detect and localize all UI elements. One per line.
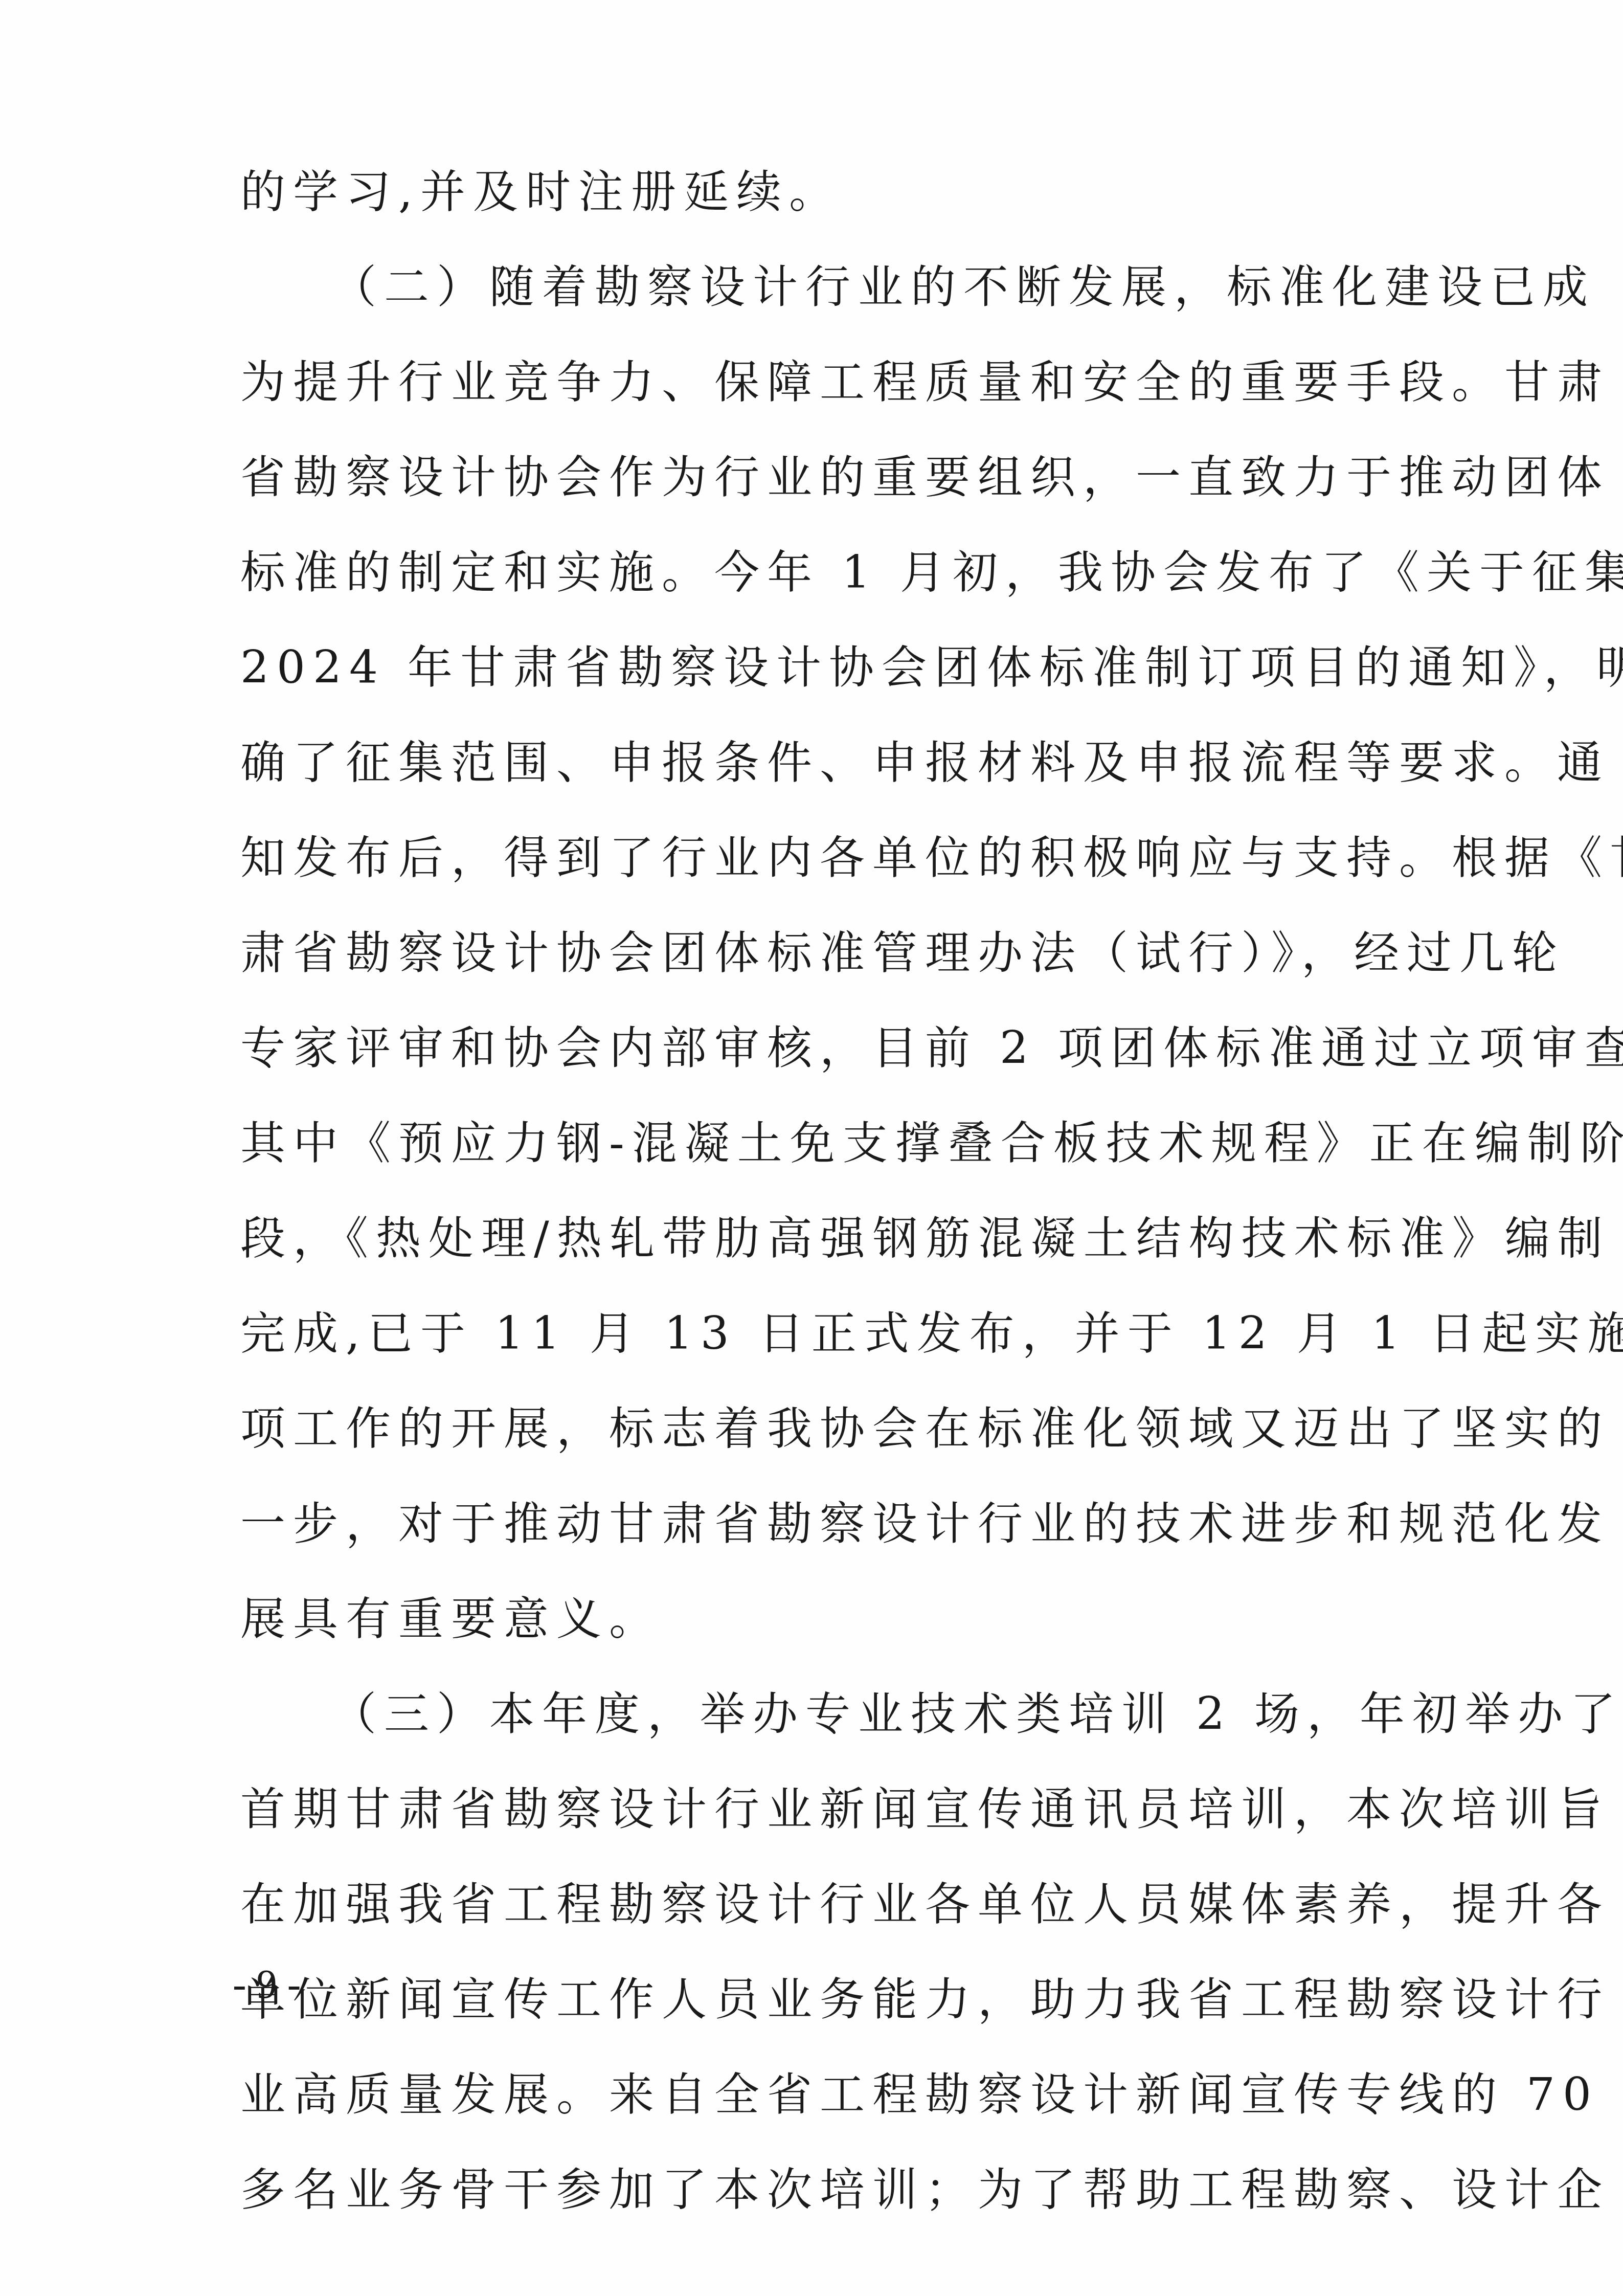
text-line: 确了征集范围、申报条件、申报材料及申报流程等要求。通 [240, 724, 1365, 819]
text-line: 一步，对于推动甘肃省勘察设计行业的技术进步和规范化发 [240, 1485, 1365, 1580]
text-line: 展具有重要意义。 [240, 1580, 1365, 1676]
text-line: 专家评审和协会内部审核，目前 2 项团体标准通过立项审查, [240, 1010, 1365, 1105]
text-line: 多名业务骨干参加了本次培训；为了帮助工程勘察、设计企 [240, 2151, 1365, 2246]
paragraph-section-2: （二）随着勘察设计行业的不断发展，标准化建设已成 为提升行业竞争力、保障工程质量… [240, 249, 1365, 1676]
page-number: - 9 - [233, 1959, 301, 2010]
text-line: 其中《预应力钢-混凝土免支撑叠合板技术规程》正在编制阶 [240, 1105, 1365, 1200]
body-text: 的学习,并及时注册延续。 （二）随着勘察设计行业的不断发展，标准化建设已成 为提… [240, 153, 1365, 2246]
text-line: （三）本年度，举办专业技术类培训 2 场，年初举办了 [240, 1676, 1365, 1771]
text-line: 肃省勘察设计协会团体标准管理办法（试行）》，经过几轮 [240, 915, 1365, 1010]
text-line: 知发布后，得到了行业内各单位的积极响应与支持。根据《甘 [240, 819, 1365, 915]
document-page: 的学习,并及时注册延续。 （二）随着勘察设计行业的不断发展，标准化建设已成 为提… [0, 0, 1623, 2296]
text-line: （二）随着勘察设计行业的不断发展，标准化建设已成 [240, 249, 1365, 344]
text-line: 2024 年甘肃省勘察设计协会团体标准制订项目的通知》，明 [240, 629, 1365, 724]
text-line: 省勘察设计协会作为行业的重要组织，一直致力于推动团体 [240, 439, 1365, 534]
text-line: 标准的制定和实施。今年 1 月初，我协会发布了《关于征集 [240, 534, 1365, 629]
text-line: 完成,已于 11 月 13 日正式发布，并于 12 月 1 日起实施。此 [240, 1295, 1365, 1390]
text-line: 首期甘肃省勘察设计行业新闻宣传通讯员培训，本次培训旨 [240, 1771, 1365, 1866]
text-line: 在加强我省工程勘察设计行业各单位人员媒体素养，提升各 [240, 1866, 1365, 1961]
text-line: 单位新闻宣传工作人员业务能力，助力我省工程勘察设计行 [240, 1961, 1365, 2056]
paragraph-continuation: 的学习,并及时注册延续。 [240, 153, 1365, 249]
text-line: 为提升行业竞争力、保障工程质量和安全的重要手段。甘肃 [240, 344, 1365, 439]
text-line: 段，《热处理/热轧带肋高强钢筋混凝土结构技术标准》编制 [240, 1200, 1365, 1295]
text-line: 的学习,并及时注册延续。 [240, 153, 1365, 249]
text-line: 项工作的开展，标志着我协会在标准化领域又迈出了坚实的 [240, 1390, 1365, 1485]
text-line: 业高质量发展。来自全省工程勘察设计新闻宣传专线的 70 [240, 2056, 1365, 2151]
paragraph-section-3: （三）本年度，举办专业技术类培训 2 场，年初举办了 首期甘肃省勘察设计行业新闻… [240, 1676, 1365, 2246]
